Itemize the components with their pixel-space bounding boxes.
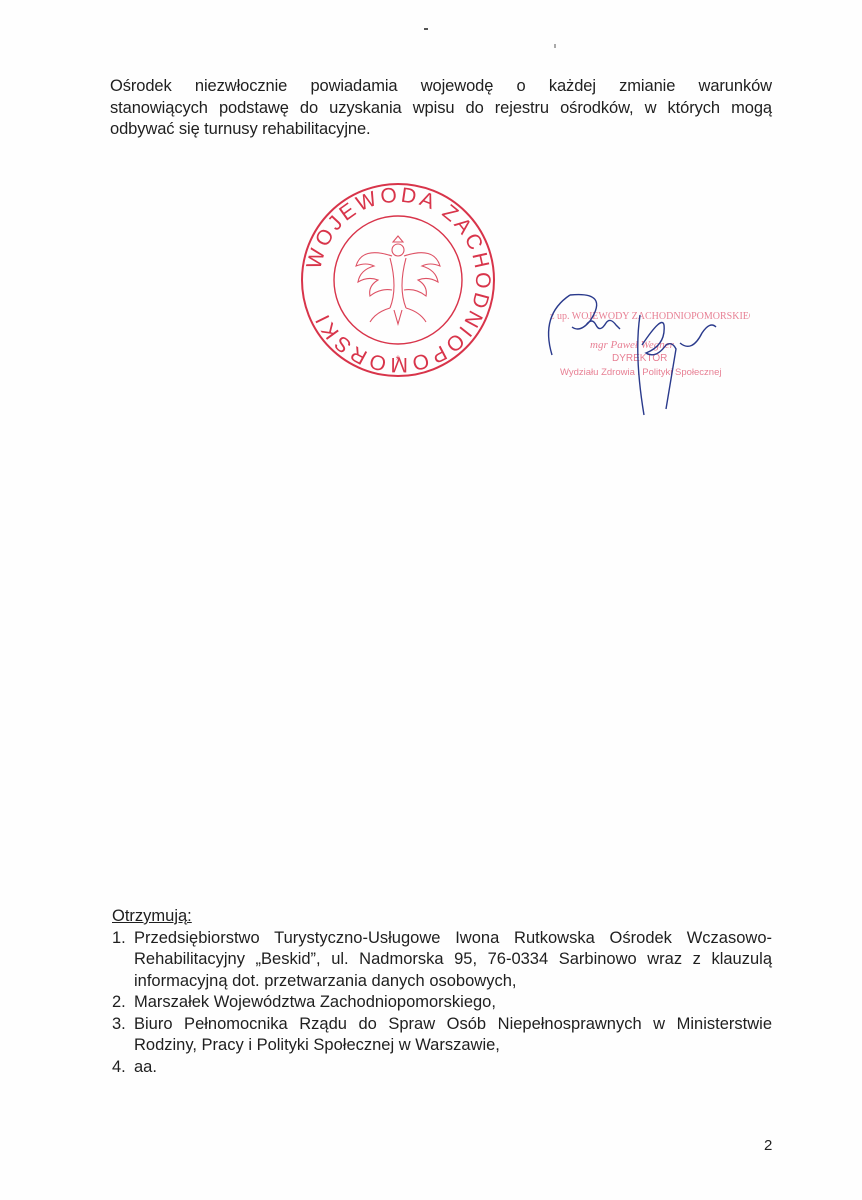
paragraph-line: stanowiących podstawę do uzyskania wpisu… [110, 98, 772, 120]
signature-stamp-line3: DYREKTOR [612, 353, 667, 364]
signature-stamp-line4: Wydziału Zdrowia i Polityki Społecznej [560, 367, 721, 378]
recipient-number: 4. [112, 1057, 126, 1079]
recipient-number: 2. [112, 992, 126, 1014]
recipient-text: Biuro Pełnomocnika Rządu do Spraw Osób N… [134, 1014, 772, 1057]
paragraph-line: odbywać się turnusy rehabilitacyjne. [110, 119, 772, 141]
official-stamp: WOJEWODA ZACHODNIOPOMORSKI * [298, 180, 498, 380]
recipient-text: Przedsiębiorstwo Turystyczno-Usługowe Iw… [134, 928, 772, 993]
recipient-text: Marszałek Województwa Zachodniopomorskie… [134, 992, 772, 1014]
eagle-emblem [356, 236, 440, 324]
recipient-number: 3. [112, 1014, 126, 1036]
recipient-item: 4. aa. [112, 1057, 772, 1079]
document-page: Ośrodek niezwłocznie powiadamia wojewodę… [0, 0, 862, 1200]
recipient-item: 2. Marszałek Województwa Zachodniopomors… [112, 992, 772, 1014]
signature-block: z up. WOJEWODY ZACHODNIOPOMORSKIEGO mgr … [530, 285, 750, 425]
recipient-text: aa. [134, 1057, 772, 1079]
body-paragraph: Ośrodek niezwłocznie powiadamia wojewodę… [110, 76, 772, 141]
svg-text:*: * [396, 353, 401, 367]
scan-speck [554, 44, 556, 48]
signature-stamp-line1: z up. WOJEWODY ZACHODNIOPOMORSKIEGO [550, 311, 750, 322]
recipients-title: Otrzymują: [112, 906, 772, 928]
recipients-list: Otrzymują: 1. Przedsiębiorstwo Turystycz… [112, 906, 772, 1078]
recipient-number: 1. [112, 928, 126, 950]
recipient-item: 3. Biuro Pełnomocnika Rządu do Spraw Osó… [112, 1014, 772, 1057]
paragraph-line: Ośrodek niezwłocznie powiadamia wojewodę… [110, 76, 772, 98]
scan-mark [424, 28, 428, 30]
page-number: 2 [764, 1137, 772, 1154]
recipient-item: 1. Przedsiębiorstwo Turystyczno-Usługowe… [112, 928, 772, 993]
